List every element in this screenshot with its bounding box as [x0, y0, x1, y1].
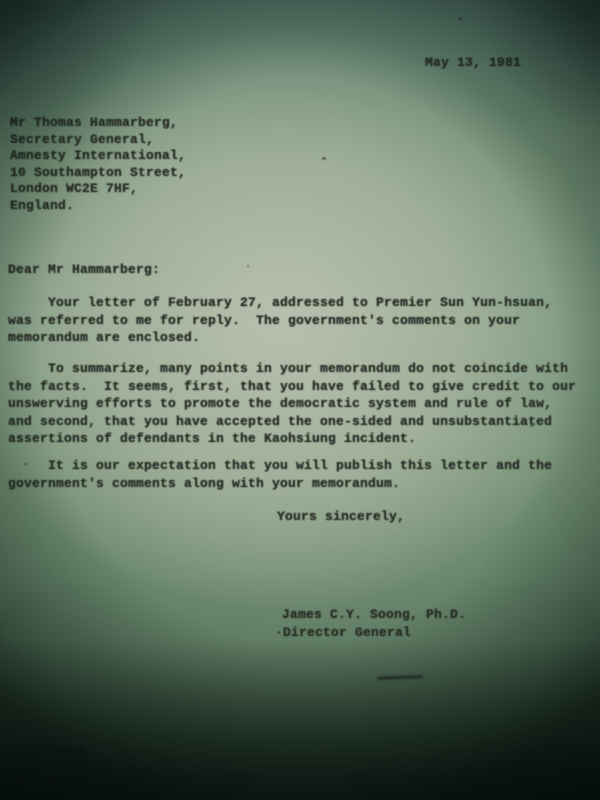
paper-speck: [459, 17, 462, 20]
paper-speck: [322, 157, 326, 160]
salutation: Dear Mr Hammarberg:: [8, 261, 160, 279]
paper-speck: [530, 425, 533, 427]
enclosure-notation: Enclosure: [14, 741, 86, 759]
recipient-address: Mr Thomas Hammarberg, Secretary General,…: [10, 115, 186, 214]
complimentary-closing: Yours sincerely,: [277, 508, 405, 526]
body-paragraph-3: It is our expectation that you will publ…: [8, 457, 552, 492]
signature-title: ·Director General: [275, 624, 411, 642]
paper-speck: [247, 265, 249, 267]
paper-speck: [24, 463, 27, 465]
letter-date: May 13, 1981: [425, 54, 521, 72]
typist-initials: JS/sft: [13, 772, 61, 790]
typewritten-letter: May 13, 1981 Mr Thomas Hammarberg, Secre…: [0, 0, 600, 800]
pen-mark-under-signature: [377, 675, 423, 680]
letter-photograph: May 13, 1981 Mr Thomas Hammarberg, Secre…: [0, 0, 600, 800]
body-paragraph-1: Your letter of February 27, addressed to…: [8, 294, 552, 347]
signature-name: James C.Y. Soong, Ph.D.: [282, 606, 466, 624]
body-paragraph-2: To summarize, many points in your memora…: [8, 360, 576, 448]
